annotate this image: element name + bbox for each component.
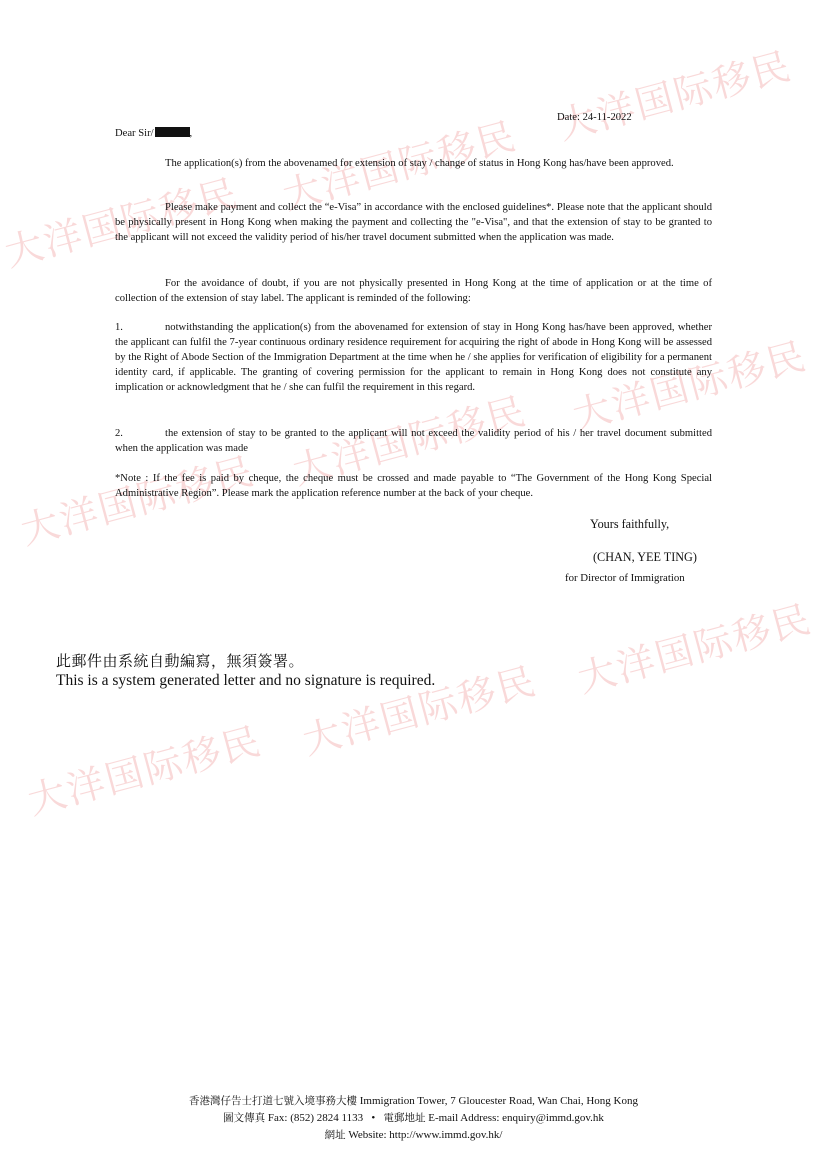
- point-2: 2.the extension of stay to be granted to…: [115, 426, 712, 456]
- watermark: 大洋国际移民: [296, 650, 542, 765]
- watermark: 大洋国际移民: [21, 710, 267, 825]
- paragraph-payment: Please make payment and collect the “e-V…: [115, 200, 712, 245]
- letter-date: Date: 24-11-2022: [557, 112, 632, 123]
- paragraph-avoidance-of-doubt: For the avoidance of doubt, if you are n…: [115, 276, 712, 306]
- redacted-name: [155, 127, 190, 137]
- footer-email[interactable]: E-mail Address: enquiry@immd.gov.hk: [428, 1112, 604, 1124]
- footer-contact: 圖文傳真 Fax: (852) 2824 1133 • 電郵地址 E-mail …: [0, 1110, 827, 1127]
- point-number: 1.: [115, 320, 165, 335]
- signatory-name: (CHAN, YEE TING): [593, 550, 697, 565]
- footer-separator: •: [371, 1112, 375, 1124]
- footer-fax: Fax: (852) 2824 1133: [268, 1112, 363, 1124]
- footer-address: 香港灣仔告士打道七號入境事務大樓 Immigration Tower, 7 Gl…: [0, 1093, 827, 1110]
- salutation: Dear Sir/,: [115, 127, 192, 139]
- point-1: 1.notwithstanding the application(s) fro…: [115, 320, 712, 395]
- salutation-prefix: Dear Sir/: [115, 128, 154, 139]
- cheque-note: *Note : If the fee is paid by cheque, th…: [115, 471, 712, 501]
- footer: 香港灣仔告士打道七號入境事務大樓 Immigration Tower, 7 Gl…: [0, 1093, 827, 1144]
- paragraph-approval: The application(s) from the abovenamed f…: [115, 156, 712, 171]
- footer-website[interactable]: Website: http://www.immd.gov.hk/: [348, 1129, 502, 1141]
- point-text: notwithstanding the application(s) from …: [115, 322, 712, 393]
- letter-page: 大洋国际移民 大洋国际移民 大洋国际移民 大洋国际移民 大洋国际移民 大洋国际移…: [0, 0, 827, 1170]
- system-notice-en: This is a system generated letter and no…: [56, 672, 435, 690]
- salutation-suffix: ,: [190, 128, 193, 139]
- point-number: 2.: [115, 426, 165, 441]
- signatory-title: for Director of Immigration: [565, 572, 685, 584]
- watermark: 大洋国际移民: [571, 588, 817, 703]
- system-notice-zh: 此郵件由系統自動編寫，無須簽署。: [56, 650, 304, 671]
- watermark: 大洋国际移民: [551, 35, 797, 150]
- footer-website-line: 網址 Website: http://www.immd.gov.hk/: [0, 1127, 827, 1144]
- closing: Yours faithfully,: [590, 517, 669, 532]
- point-text: the extension of stay to be granted to t…: [115, 428, 712, 454]
